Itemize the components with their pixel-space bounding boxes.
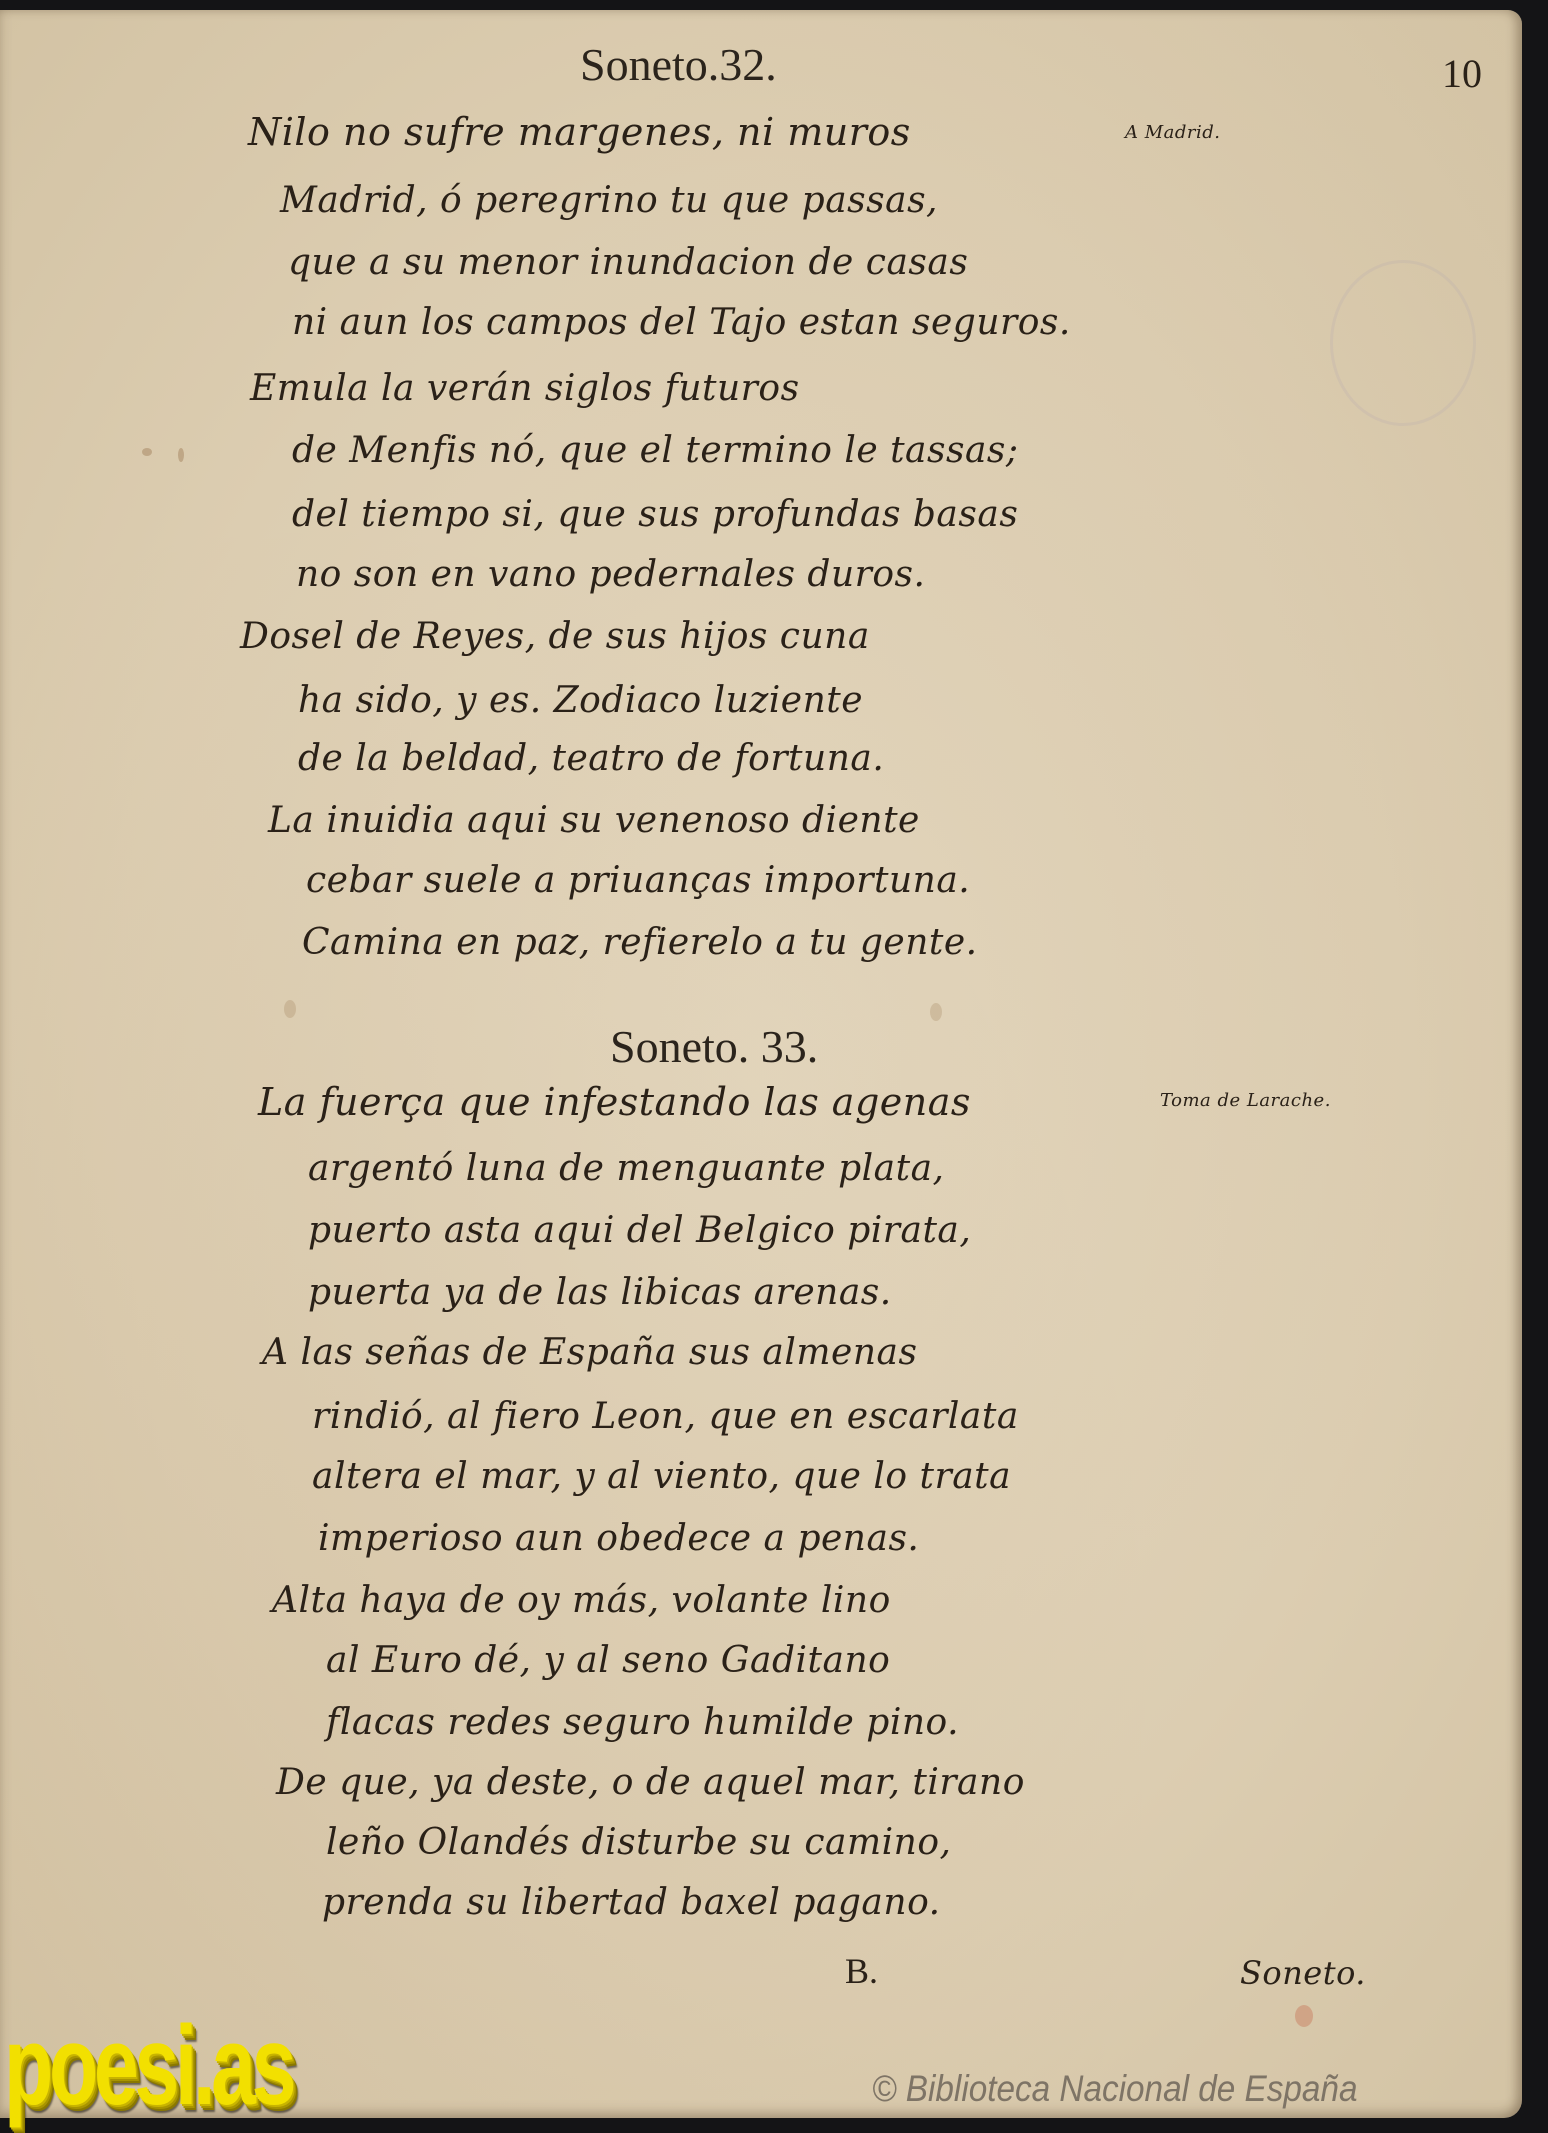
verse-line: Madrid, ó peregrino tu que passas,: [280, 180, 938, 221]
sonnet-title: Soneto.32.: [580, 38, 777, 91]
verse-line: A las señas de España sus almenas: [262, 1332, 917, 1373]
copyright-notice: © Biblioteca Nacional de España: [872, 2068, 1357, 2110]
poesias-logo: poesi.as: [4, 2010, 292, 2122]
verse-line: altera el mar, y al viento, que lo trata: [312, 1456, 1011, 1497]
verse-line: Nilo no sufre margenes, ni muros: [248, 110, 911, 154]
verse-line: La fuerça que infestando las agenas: [258, 1080, 971, 1124]
verse-line: Emula la verán siglos futuros: [250, 368, 800, 409]
verse-line: de Menfis nó, que el termino le tassas;: [292, 430, 1019, 471]
catchword: Soneto.: [1240, 1954, 1366, 1992]
verse-line: flacas redes seguro humilde pino.: [326, 1702, 959, 1743]
verse-line: Camina en paz, refierelo a tu gente.: [302, 922, 978, 963]
verse-line: leño Olandés disturbe su camino,: [326, 1822, 951, 1863]
verse-line: al Euro dé, y al seno Gaditano: [326, 1640, 890, 1681]
paper-stain: [178, 448, 184, 462]
verse-line: Dosel de Reyes, de sus hijos cuna: [240, 616, 870, 657]
scan-background: 10 Soneto.32. A Madrid. Nilo no sufre ma…: [0, 0, 1548, 2133]
sonnet-title: Soneto. 33.: [610, 1020, 818, 1073]
verse-line: ni aun los campos del Tajo estan seguros…: [292, 302, 1071, 343]
verse-line: imperioso aun obedece a penas.: [318, 1518, 919, 1559]
verse-line: del tiempo si, que sus profundas basas: [292, 494, 1018, 535]
verse-line: cebar suele a priuanças importuna.: [306, 860, 970, 901]
manuscript-page: 10 Soneto.32. A Madrid. Nilo no sufre ma…: [0, 10, 1522, 2118]
signature-mark: B.: [845, 1950, 878, 1992]
paper-stain: [930, 1003, 942, 1021]
paper-stain: [142, 448, 152, 456]
verse-line: ha sido, y es. Zodiaco luziente: [298, 680, 863, 721]
verse-line: De que, ya deste, o de aquel mar, tirano: [276, 1762, 1025, 1803]
margin-note-event: Toma de Larache.: [1160, 1090, 1331, 1111]
verse-line: puerta ya de las libicas arenas.: [308, 1272, 892, 1313]
verse-line: no son en vano pedernales duros.: [296, 554, 925, 595]
paper-stain: [1295, 2005, 1313, 2027]
verse-line: rindió, al fiero Leon, que en escarlata: [312, 1396, 1019, 1437]
verse-line: La inuidia aqui su venenoso diente: [268, 800, 920, 841]
margin-note-dedication: A Madrid.: [1125, 122, 1221, 143]
verse-line: de la beldad, teatro de fortuna.: [298, 738, 884, 779]
library-stamp-bleedthrough: [1330, 260, 1476, 426]
folio-number: 10: [1442, 50, 1482, 97]
verse-line: Alta haya de oy más, volante lino: [272, 1580, 891, 1621]
paper-stain: [284, 1000, 296, 1018]
verse-line: que a su menor inundacion de casas: [288, 242, 968, 283]
verse-line: puerto asta aqui del Belgico pirata,: [308, 1210, 971, 1251]
verse-line: prenda su libertad baxel pagano.: [322, 1882, 941, 1923]
verse-line: argentó luna de menguante plata,: [308, 1148, 945, 1189]
